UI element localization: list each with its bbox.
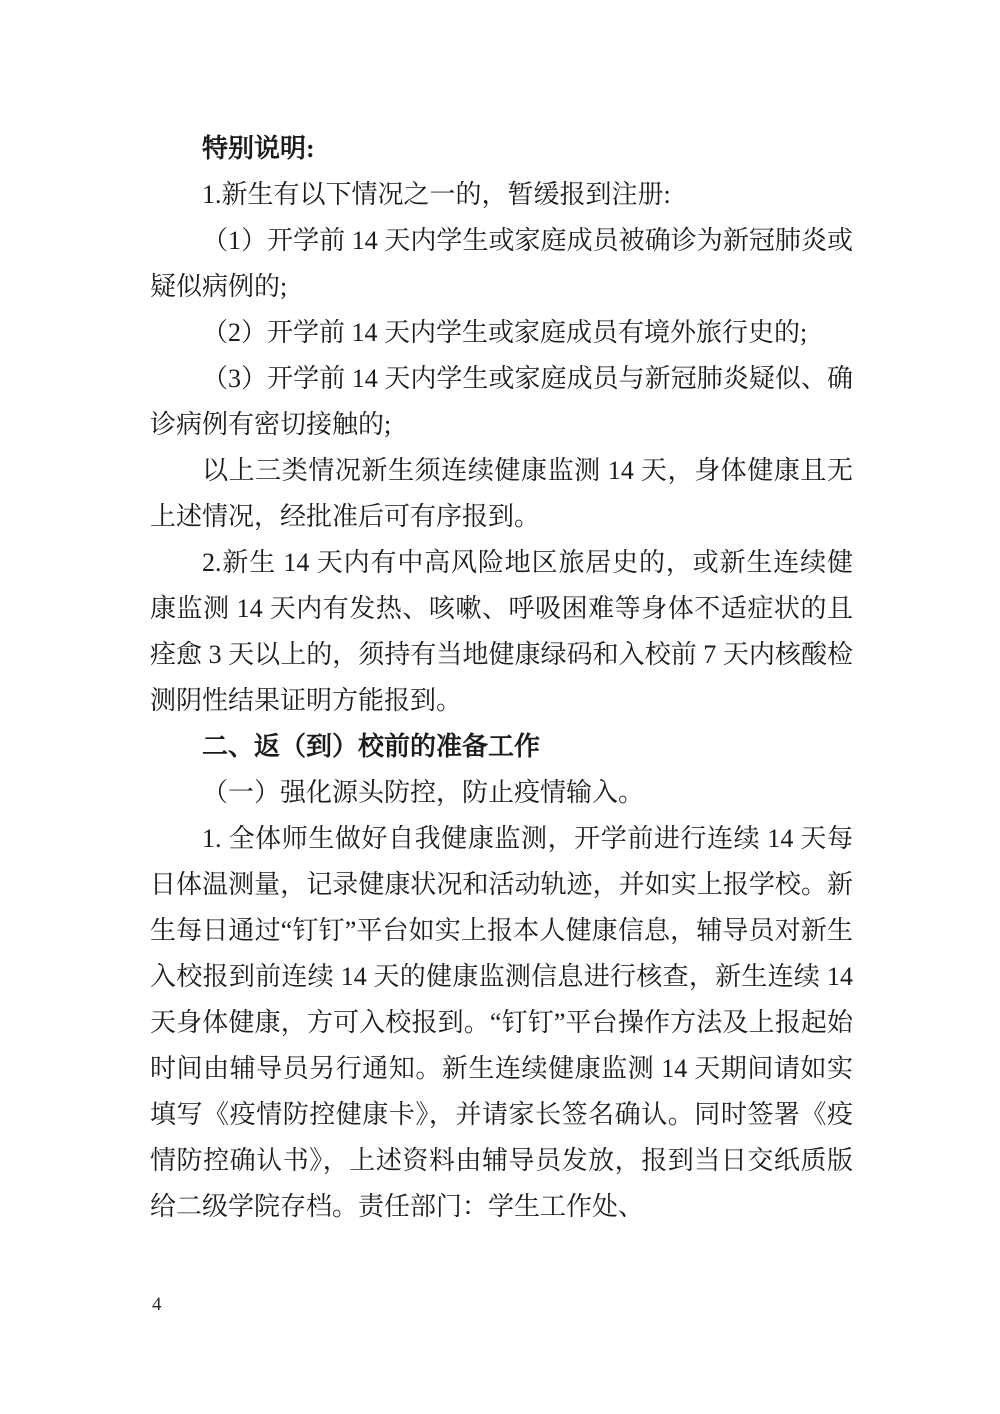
- paragraph-rule-2: 2.新生 14 天内有中高风险地区旅居史的，或新生连续健康监测 14 天内有发热…: [150, 540, 853, 724]
- subsection-heading-2-1: （一）强化源头防控，防止疫情输入。: [150, 770, 853, 816]
- paragraph-condition-2: （2）开学前 14 天内学生或家庭成员有境外旅行史的;: [150, 310, 853, 356]
- paragraph-condition-summary: 以上三类情况新生须连续健康监测 14 天，身体健康且无上述情况，经批准后可有序报…: [150, 448, 853, 540]
- paragraph-rule-1: 1.新生有以下情况之一的，暂缓报到注册:: [150, 172, 853, 218]
- page-number: 4: [152, 1292, 162, 1318]
- section-heading-2: 二、返（到）校前的准备工作: [150, 724, 853, 770]
- paragraph-condition-1: （1）开学前 14 天内学生或家庭成员被确诊为新冠肺炎或疑似病例的;: [150, 218, 853, 310]
- special-note-heading: 特别说明:: [150, 126, 853, 172]
- paragraph-condition-3: （3）开学前 14 天内学生或家庭成员与新冠肺炎疑似、确诊病例有密切接触的;: [150, 356, 853, 448]
- paragraph-health-monitoring: 1. 全体师生做好自我健康监测，开学前进行连续 14 天每日体温测量，记录健康状…: [150, 816, 853, 1230]
- document-body: 特别说明: 1.新生有以下情况之一的，暂缓报到注册: （1）开学前 14 天内学…: [150, 126, 853, 1230]
- document-page: 特别说明: 1.新生有以下情况之一的，暂缓报到注册: （1）开学前 14 天内学…: [0, 0, 1000, 1414]
